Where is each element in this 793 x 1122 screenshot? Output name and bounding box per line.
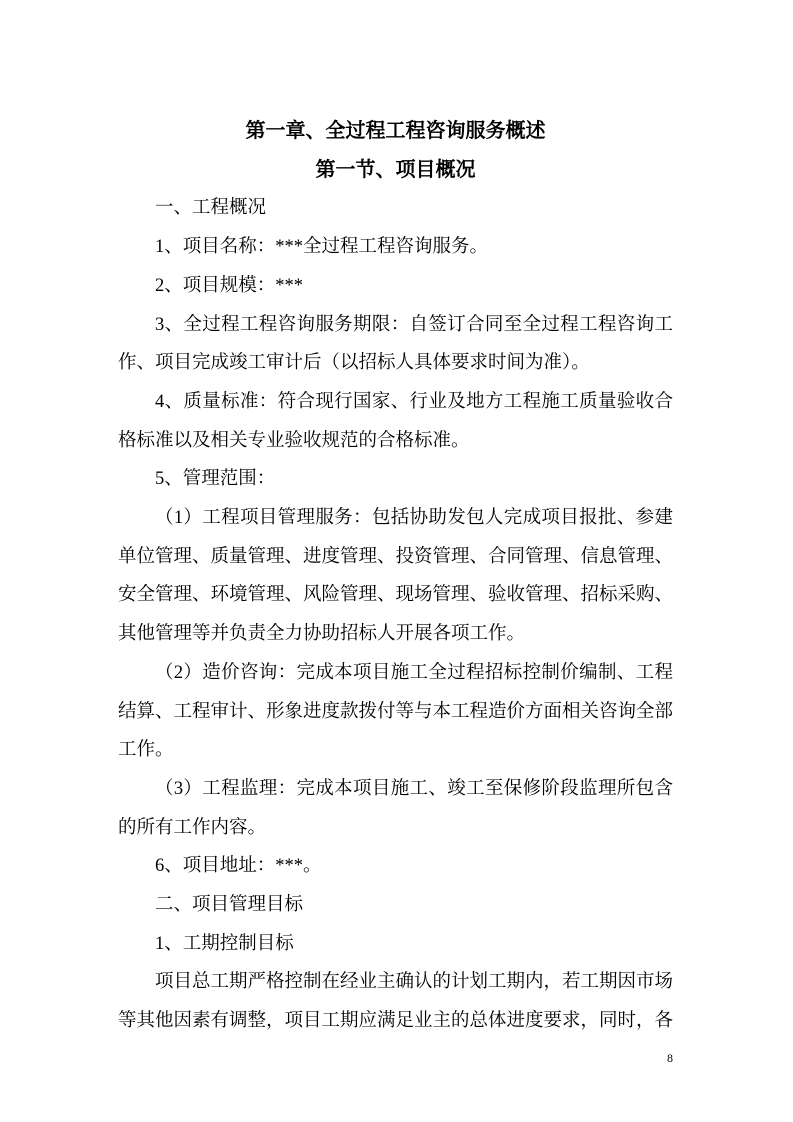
paragraph-management-scope: 5、管理范围： bbox=[118, 460, 673, 499]
paragraph-project-scale: 2、项目规模：*** bbox=[118, 267, 673, 306]
document-page: 第一章、全过程工程咨询服务概述 第一节、项目概况 一、工程概况 1、项目名称：*… bbox=[0, 0, 793, 1122]
paragraph-heading-1: 一、工程概况 bbox=[118, 189, 673, 228]
paragraph-item-1-project-management: （1）工程项目管理服务：包括协助发包人完成项目报批、参建单位管理、质量管理、进度… bbox=[118, 499, 673, 654]
paragraph-heading-2: 二、项目管理目标 bbox=[118, 886, 673, 925]
paragraph-item-3-supervision: （3）工程监理：完成本项目施工、竣工至保修阶段监理所包含的所有工作内容。 bbox=[118, 770, 673, 847]
paragraph-service-term: 3、全过程工程咨询服务期限：自签订合同至全过程工程咨询工作、项目完成竣工审计后（… bbox=[118, 306, 673, 383]
paragraph-quality-standard: 4、质量标准：符合现行国家、行业及地方工程施工质量验收合格标准以及相关专业验收规… bbox=[118, 383, 673, 460]
paragraph-project-name: 1、项目名称：***全过程工程咨询服务。 bbox=[118, 228, 673, 267]
paragraph-schedule-goal-body: 项目总工期严格控制在经业主确认的计划工期内，若工期因市场等其他因素有调整，项目工… bbox=[118, 963, 673, 1040]
paragraph-project-address: 6、项目地址：***。 bbox=[118, 847, 673, 886]
document-body: 第一章、全过程工程咨询服务概述 第一节、项目概况 一、工程概况 1、项目名称：*… bbox=[118, 112, 673, 1041]
chapter-title: 第一章、全过程工程咨询服务概述 bbox=[118, 112, 673, 151]
page-number: 8 bbox=[118, 1048, 673, 1068]
paragraph-schedule-goal-heading: 1、工期控制目标 bbox=[118, 925, 673, 964]
section-title: 第一节、项目概况 bbox=[118, 151, 673, 190]
paragraph-item-2-cost-consulting: （2）造价咨询：完成本项目施工全过程招标控制价编制、工程结算、工程审计、形象进度… bbox=[118, 654, 673, 770]
